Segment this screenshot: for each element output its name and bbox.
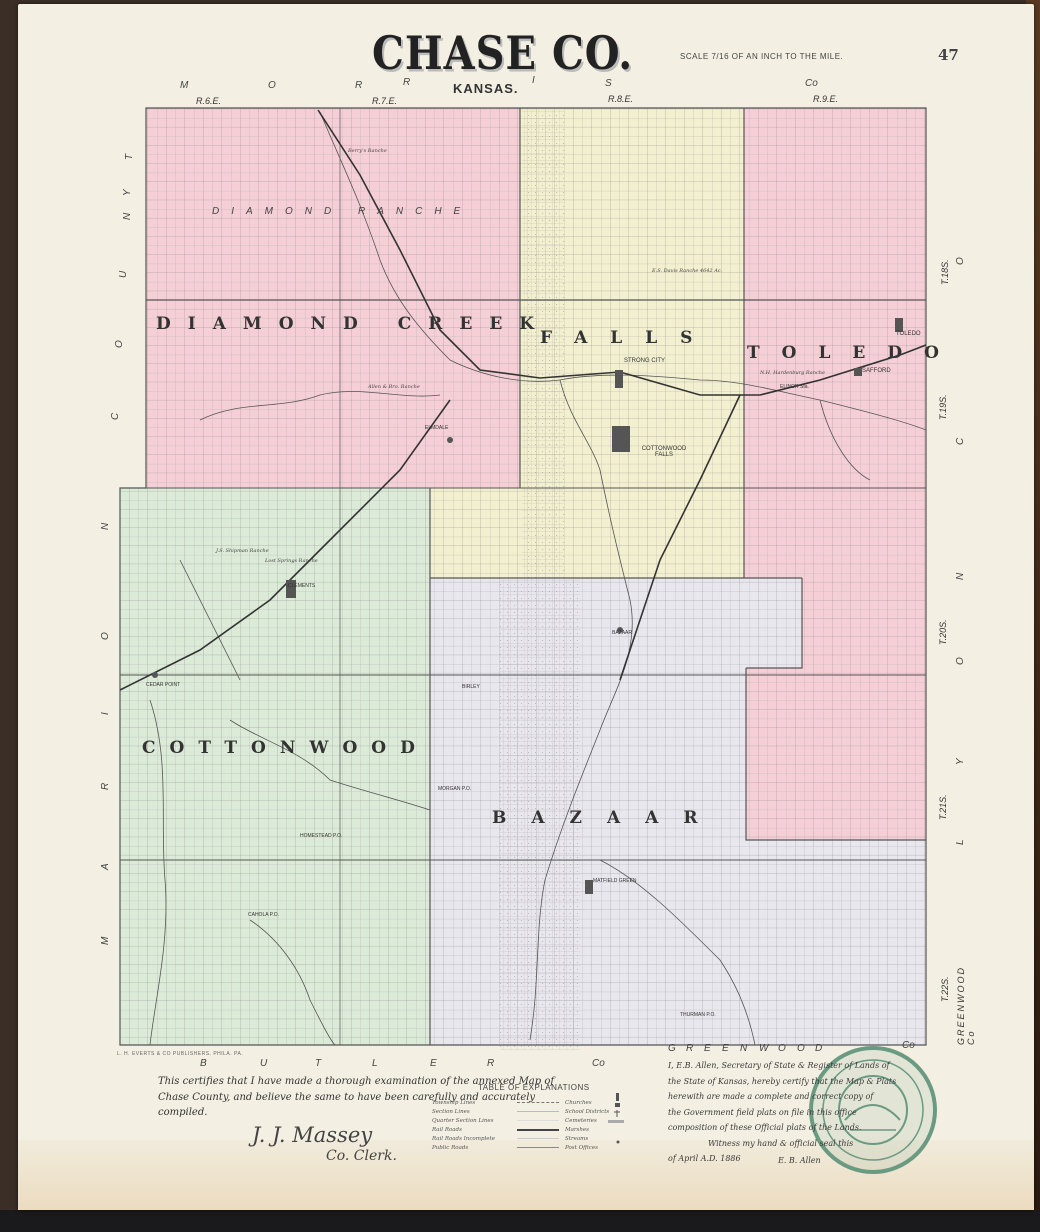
- township-name-diamond-creek[interactable]: DIAMOND CREEK: [156, 314, 551, 334]
- town-elmdale: [447, 437, 453, 443]
- north-border-letter: S: [605, 78, 612, 89]
- clerk-role: Co. Clerk.: [326, 1148, 397, 1164]
- town-label[interactable]: ELINOR Sta.: [780, 384, 809, 390]
- southeast-border-letter: O: [797, 1043, 805, 1054]
- legend-label: Township Lines: [432, 1100, 517, 1106]
- north-border-letter: I: [532, 75, 535, 86]
- ranche-label: J.S. Shipman Ranche: [216, 548, 269, 554]
- west-border-letter: A: [100, 863, 111, 870]
- legend-line: [517, 1147, 559, 1148]
- legend-line: [517, 1102, 559, 1103]
- range-label: R.7.E.: [372, 96, 397, 106]
- town-label[interactable]: TOLEDO: [896, 331, 921, 337]
- legend-label: School Districts: [565, 1109, 625, 1115]
- town-safford: [854, 368, 862, 376]
- town-label[interactable]: CLEMENTS: [288, 583, 315, 589]
- map-title: CHASE CO.: [372, 26, 633, 80]
- town-label[interactable]: MORGAN P.O.: [438, 786, 471, 792]
- town-label[interactable]: BAZAAR: [612, 630, 632, 636]
- ranche-label: E.S. Davis Ranche 4642 Ac.: [652, 268, 722, 274]
- southeast-border-letter: R: [686, 1043, 693, 1054]
- township-label: T.21S.: [938, 794, 948, 820]
- town-cottonwood-falls: [612, 426, 630, 452]
- legend-row: Rail Roads IncompleteStreams: [432, 1134, 642, 1143]
- legend-label: Quarter Section Lines: [432, 1118, 517, 1124]
- town-label[interactable]: COTTONWOOD FALLS: [634, 446, 694, 458]
- legend-label: Section Lines: [432, 1109, 517, 1115]
- legend-row: Township LinesChurches: [432, 1098, 642, 1107]
- ranche-label: Allen & Bro. Ranche: [368, 384, 420, 390]
- legend-label: Marshes: [565, 1127, 625, 1133]
- certificate-line: composition of these Official plats of t…: [668, 1120, 928, 1136]
- region-label-diamond-ranche: DIAMOND RANCHE: [212, 206, 472, 217]
- south-border-letter: L: [372, 1058, 378, 1069]
- west-border-letter: Y: [122, 189, 133, 196]
- north-border-letter: M: [180, 80, 188, 91]
- ranche-label: N.H. Hardenburg Ranche: [760, 370, 825, 376]
- west-border-letter: M: [100, 937, 111, 945]
- east-border-letter: Y: [955, 758, 966, 765]
- certificate-line: herewith are made a complete and correct…: [668, 1089, 928, 1105]
- west-border-letter: N: [100, 523, 111, 530]
- township-label: T.19S.: [938, 394, 948, 420]
- southeast-border-letter: D: [815, 1043, 822, 1054]
- state-certificate: I, E.B. Allen, Secretary of State & Regi…: [668, 1058, 928, 1168]
- legend-label: Rail Roads: [432, 1127, 517, 1133]
- southeast-border-letter: E: [722, 1043, 729, 1054]
- south-border-letter: U: [260, 1058, 267, 1069]
- town-strong-city: [615, 370, 623, 388]
- southeast-border-letter: Co: [902, 1040, 915, 1051]
- scale-label: SCALE 7/16 OF AN INCH TO THE MILE.: [680, 52, 843, 61]
- township-label: T.18S.: [940, 259, 950, 285]
- southeast-border-letter: W: [759, 1043, 768, 1054]
- legend-row: Rail RoadsMarshes: [432, 1125, 642, 1134]
- legend-label: Streams: [565, 1136, 625, 1142]
- west-border-letter: R: [100, 783, 111, 790]
- legend-line: [517, 1129, 559, 1131]
- southeast-border-letter: O: [778, 1043, 786, 1054]
- page-number: 47: [938, 46, 959, 64]
- town-label[interactable]: HOMESTEAD P.O.: [300, 833, 342, 839]
- south-border-letter: B: [200, 1058, 207, 1069]
- legend-row: Quarter Section LinesCemeteries: [432, 1116, 642, 1125]
- west-border-letter: U: [118, 271, 129, 278]
- certificate-line: the State of Kansas, hereby certify that…: [668, 1074, 928, 1090]
- town-label[interactable]: SAFFORD: [862, 368, 891, 374]
- township-name-toledo[interactable]: TOLEDO: [747, 343, 961, 363]
- west-border-letter: O: [100, 632, 111, 640]
- south-border-letter: E: [430, 1058, 437, 1069]
- south-border-letter: R: [487, 1058, 494, 1069]
- west-border-letter: I: [100, 712, 111, 715]
- west-border-letter: T: [124, 154, 135, 160]
- ranche-label: Lost Springs Ranche: [265, 558, 318, 564]
- range-label: R.9.E.: [813, 94, 838, 104]
- certificate-line: I, E.B. Allen, Secretary of State & Regi…: [668, 1058, 928, 1074]
- legend-label: Post Offices: [565, 1145, 625, 1151]
- southeast-border-letter: G: [668, 1043, 676, 1054]
- east-border-letter: O: [955, 257, 966, 265]
- town-label[interactable]: STRONG CITY: [624, 358, 665, 364]
- southeast-border-letter: E: [704, 1043, 711, 1054]
- map-canvas[interactable]: [0, 0, 1040, 1232]
- range-label: R.8.E.: [608, 94, 633, 104]
- legend-label: Rail Roads Incomplete: [432, 1136, 517, 1142]
- west-border-letter: N: [122, 213, 133, 220]
- township-name-cottonwood[interactable]: COTTONWOOD: [142, 738, 429, 758]
- south-border-letter: Co: [592, 1058, 605, 1069]
- town-cedar-point: [152, 672, 158, 678]
- north-border-letter: Co: [805, 78, 818, 89]
- east-border-greenwood: GREENWOOD Co: [956, 961, 976, 1045]
- east-border-letter: O: [955, 657, 966, 665]
- legend-label: Cemeteries: [565, 1118, 625, 1124]
- east-border-letter: C: [955, 438, 966, 445]
- certificate-line: the Government field plats on file in th…: [668, 1105, 928, 1121]
- east-border-letter: N: [955, 573, 966, 580]
- north-border-letter: R: [355, 80, 362, 91]
- ranche-label: Berry's Ranche: [348, 148, 387, 154]
- township-label: T.22S.: [940, 976, 950, 1002]
- town-label[interactable]: THURMAN P.O.: [680, 1012, 716, 1018]
- town-label[interactable]: BIRLEY: [462, 684, 480, 690]
- legend-table: Township LinesChurches Section LinesScho…: [432, 1098, 642, 1152]
- legend-row: Section LinesSchool Districts: [432, 1107, 642, 1116]
- legend-title: TABLE OF EXPLANATIONS: [478, 1083, 590, 1092]
- township-label: T.20S.: [938, 619, 948, 645]
- north-border-letter: R: [403, 77, 410, 88]
- west-border-letter: C: [110, 413, 121, 420]
- legend-row: Public RoadsPost Offices: [432, 1143, 642, 1152]
- town-matfield-green: [585, 880, 593, 894]
- legend-line: [517, 1111, 559, 1112]
- south-border-letter: T: [315, 1058, 321, 1069]
- west-border-letter: O: [114, 340, 125, 348]
- legend-label: Public Roads: [432, 1145, 517, 1151]
- southeast-border-letter: N: [740, 1043, 747, 1054]
- east-border-letter: L: [955, 839, 966, 845]
- township-name-falls[interactable]: FALLS: [540, 328, 715, 348]
- section-grid: [120, 108, 926, 1050]
- town-label[interactable]: CEDAR POINT: [146, 682, 180, 688]
- town-toledo: [895, 318, 903, 332]
- range-label: R.6.E.: [196, 96, 221, 106]
- town-label[interactable]: ELMDALE: [425, 425, 448, 431]
- clerk-signature: J. J. Massey: [252, 1123, 372, 1147]
- north-border-letter: O: [268, 80, 276, 91]
- town-label[interactable]: MATFIELD GREEN: [593, 878, 637, 884]
- legend-label: Churches: [565, 1100, 625, 1106]
- state-label: KANSAS.: [453, 81, 519, 96]
- publisher-imprint: L. H. EVERTS & CO PUBLISHERS. PHILA. PA.: [117, 1051, 243, 1057]
- legend-line: [517, 1138, 559, 1139]
- legend-line: [517, 1120, 559, 1121]
- township-name-bazaar[interactable]: BAZAAR: [492, 808, 722, 828]
- certificate-line: Witness my hand & official seal this: [668, 1136, 928, 1152]
- town-label[interactable]: CAHOLA P.O.: [248, 912, 279, 918]
